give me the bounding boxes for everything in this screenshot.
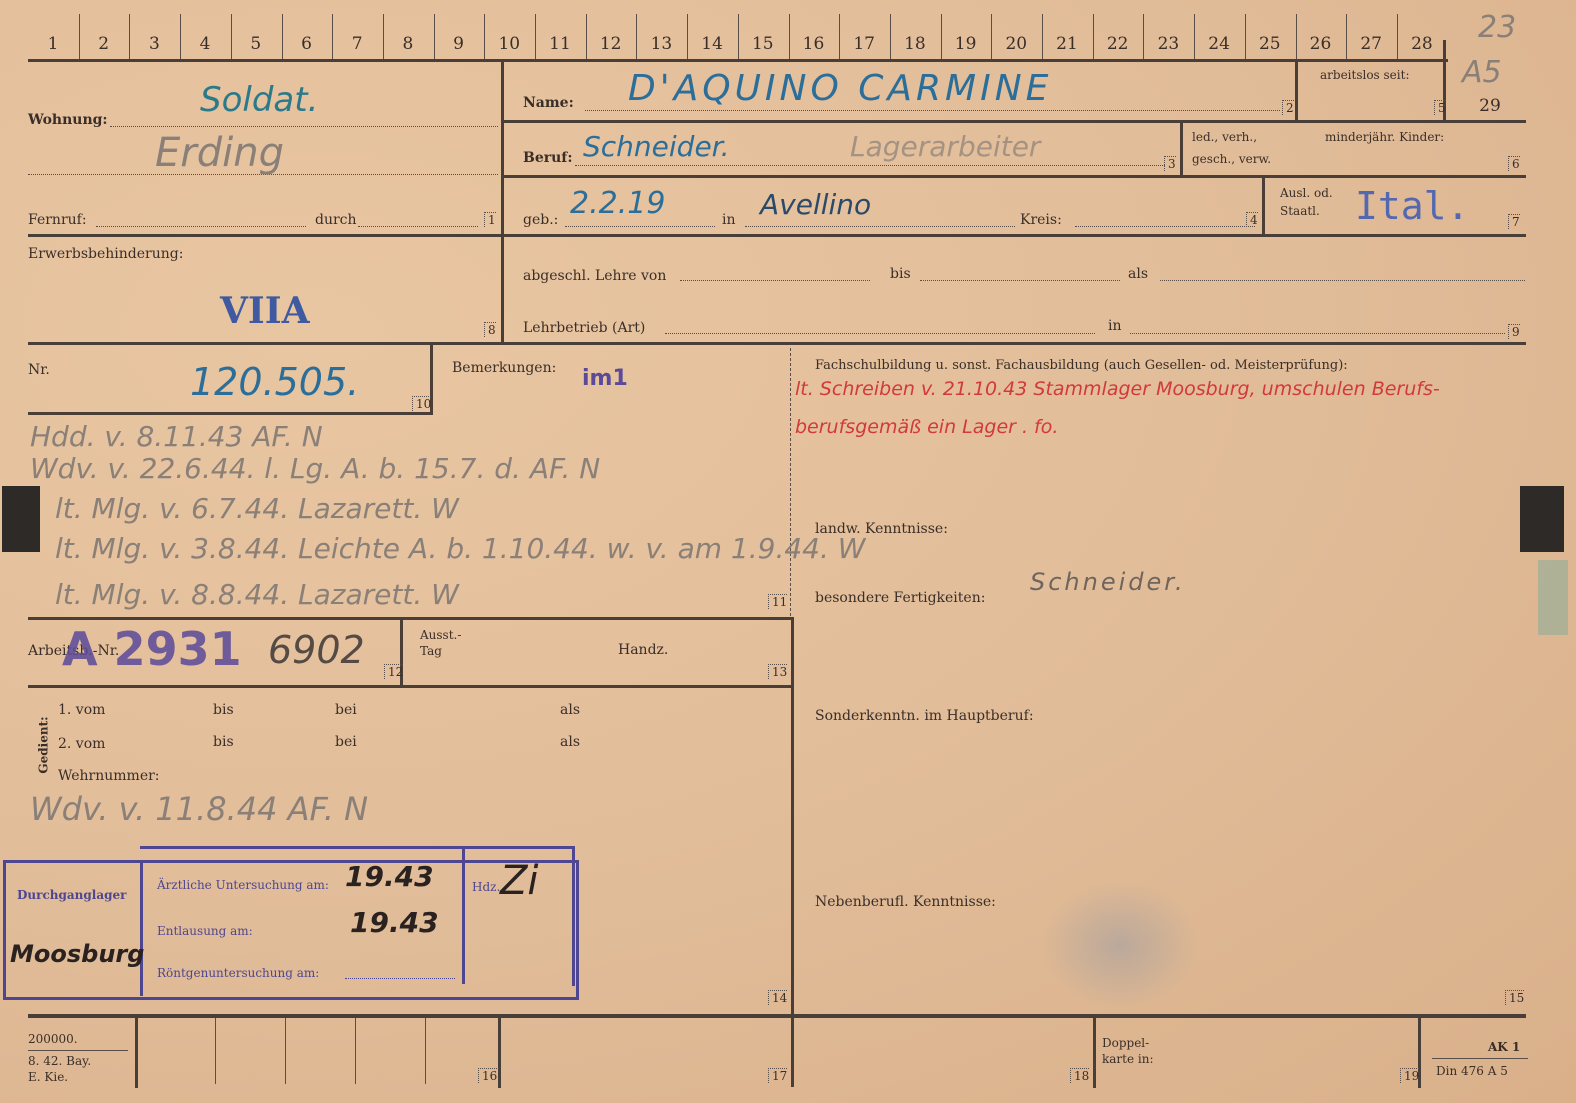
ruler-tick xyxy=(991,14,992,59)
beruf-line xyxy=(575,165,1165,166)
field-number: 4 xyxy=(1246,212,1258,227)
fertigkeiten-label: besondere Fertigkeiten: xyxy=(815,590,985,606)
bottom-tick-4 xyxy=(425,1018,426,1084)
wohnung-line xyxy=(110,126,498,127)
ruler-tick xyxy=(79,14,80,59)
kreis-line xyxy=(1075,226,1255,227)
ruler-number: 5 xyxy=(231,34,281,54)
line-beruf-bottom xyxy=(503,175,1526,178)
punch-mark-left xyxy=(2,486,40,552)
ruler-number: 4 xyxy=(180,34,230,54)
pencil-note-line: Wdv. v. 22.6.44. l. Lg. A. b. 15.7. d. A… xyxy=(30,452,600,485)
stamp-lager-label: Durchganglager xyxy=(17,888,126,902)
lehre-bis-line xyxy=(920,280,1120,281)
pencil-note-line: lt. Mlg. v. 8.8.44. Lazarett. W xyxy=(55,578,459,611)
pencil-note-line: Hdd. v. 8.11.43 AF. N xyxy=(30,420,323,453)
lehre-als-line xyxy=(1160,280,1525,281)
ruler-tick xyxy=(890,14,891,59)
divider-v-arbeitslos xyxy=(1295,62,1298,120)
wohnung-pencil-note: Erding xyxy=(155,130,284,176)
nr-label: Nr. xyxy=(28,362,50,378)
printer-line-1: 200000. xyxy=(28,1032,78,1046)
gedient-row2-bei: bei xyxy=(335,734,357,750)
ruler-tick xyxy=(231,14,232,59)
ruler-tick xyxy=(1093,14,1094,59)
bottom-divider-3 xyxy=(1093,1016,1096,1088)
field-number: 17 xyxy=(768,1068,787,1083)
beruf-value: Schneider. xyxy=(583,130,730,163)
pencil-note-line: lt. Mlg. v. 3.8.44. Leichte A. b. 1.10.4… xyxy=(55,532,865,565)
ruler-number: 2 xyxy=(79,34,129,54)
field-number: 5 xyxy=(1434,100,1446,115)
stamp-untersuchung-label: Ärztliche Untersuchung am: xyxy=(157,878,329,892)
divider-v-dotted-mid xyxy=(790,348,792,616)
stamp-divider-2 xyxy=(462,848,465,984)
ruler-tick xyxy=(789,14,790,59)
fernruf-label: Fernruf: xyxy=(28,212,87,228)
field-number: 8 xyxy=(484,322,496,337)
ruler-number: 18 xyxy=(890,34,940,54)
sonderkenntn-label: Sonderkenntn. im Hauptberuf: xyxy=(815,708,1034,724)
form-code-underline xyxy=(1432,1058,1528,1059)
field-number: 14 xyxy=(768,990,787,1005)
staatl-label-2: Staatl. xyxy=(1280,204,1320,218)
arbeitsb-value: 6902 xyxy=(268,628,365,672)
bottom-divider-1 xyxy=(135,1016,138,1088)
stamp-right-extension xyxy=(572,846,575,986)
line-fernruf-bottom xyxy=(28,234,1526,237)
ruler-tick xyxy=(1296,14,1297,59)
landw-label: landw. Kenntnisse: xyxy=(815,521,948,537)
ausst-label-1: Ausst.- xyxy=(420,628,461,642)
arbeitsb-stamp: A 2931 xyxy=(62,622,242,676)
beruf-pencil-note: Lagerarbeiter xyxy=(850,130,1040,163)
stamp-untersuchung-value: 19.43 xyxy=(345,860,434,893)
gedient-row2-vom: 2. vom xyxy=(58,736,105,752)
ruler-tick xyxy=(1346,14,1347,59)
lehrbetrieb-in-label: in xyxy=(1108,318,1122,334)
ruler-tick xyxy=(687,14,688,59)
field-number: 6 xyxy=(1508,156,1520,171)
ruler-baseline xyxy=(28,59,1448,62)
fachschul-red-note-1: lt. Schreiben v. 21.10.43 Stammlager Moo… xyxy=(795,378,1440,400)
lehre-bis-label: bis xyxy=(890,266,911,282)
wohnung-label: Wohnung: xyxy=(28,112,108,128)
stamp-entlausung-value: 19.43 xyxy=(350,906,439,939)
stamp-roentgen-label: Röntgenuntersuchung am: xyxy=(157,966,319,980)
line-name-bottom xyxy=(503,120,1526,123)
ruler-number: 25 xyxy=(1245,34,1295,54)
field-number: 13 xyxy=(768,664,787,679)
din-code: Din 476 A 5 xyxy=(1436,1064,1508,1078)
ruler-tick xyxy=(129,14,130,59)
wohnung-value: Soldat. xyxy=(200,80,318,120)
wehrnummer-pencil: Wdv. v. 11.8.44 AF. N xyxy=(30,790,368,828)
ruler-number: 6 xyxy=(282,34,332,54)
ruler-number: 24 xyxy=(1194,34,1244,54)
name-line xyxy=(585,110,1280,111)
form-code: AK 1 xyxy=(1488,1040,1520,1054)
fertigkeiten-value: Schneider. xyxy=(1030,568,1186,596)
nebenberufl-label: Nebenberufl. Kenntnisse: xyxy=(815,894,996,910)
field-number: 1 xyxy=(484,212,496,227)
field-number: 9 xyxy=(1508,324,1520,339)
field-number: 16 xyxy=(478,1068,497,1083)
stamp-hdz-label: Hdz. xyxy=(472,880,500,894)
field-number: 7 xyxy=(1508,214,1520,229)
ruler-tick xyxy=(383,14,384,59)
fachschul-red-note-2: berufsgemäß ein Lager . fo. xyxy=(795,416,1058,438)
kreis-label: Kreis: xyxy=(1020,212,1062,228)
handz-label: Handz. xyxy=(618,642,668,658)
index-card: 1234567891011121314151617181920212223242… xyxy=(0,0,1576,1103)
bottom-tick-1 xyxy=(215,1018,216,1084)
geb-ort-line xyxy=(745,226,1015,227)
gedient-row1-als: als xyxy=(560,702,580,718)
ruler-tick xyxy=(1143,14,1144,59)
green-stain xyxy=(1538,560,1568,635)
gedient-row2-bis: bis xyxy=(213,734,234,750)
staatl-stamp: Ital. xyxy=(1355,184,1469,228)
field-number: 3 xyxy=(1164,156,1176,171)
ruler-tick xyxy=(180,14,181,59)
durch-line xyxy=(358,226,478,227)
fachschul-label: Fachschulbildung u. sonst. Fachausbildun… xyxy=(815,358,1348,373)
erwerbsbehinderung-stamp: VIIA xyxy=(220,290,310,332)
ruler-number: 15 xyxy=(738,34,788,54)
ruler-number: 20 xyxy=(991,34,1041,54)
lehrbetrieb-label: Lehrbetrieb (Art) xyxy=(523,320,645,336)
name-value: D'AQUINO CARMINE xyxy=(628,68,1052,109)
nr-value: 120.505. xyxy=(190,360,359,404)
divider-v-famstand xyxy=(1180,120,1183,176)
side-note-top: 23 xyxy=(1478,10,1516,45)
ruler-number: 11 xyxy=(535,34,585,54)
ruler-number: 17 xyxy=(839,34,889,54)
lehrbetrieb-line xyxy=(665,333,1095,334)
stamp-entlausung-label: Entlausung am: xyxy=(157,924,253,938)
ruler-number: 19 xyxy=(941,34,991,54)
stamp-lager-signature: Moosburg xyxy=(10,940,144,968)
divider-v-staatl xyxy=(1262,176,1265,234)
line-arbeitsb-bottom xyxy=(28,685,793,688)
printer-line-2: 8. 42. Bay. xyxy=(28,1054,91,1068)
ruler-tick xyxy=(1397,14,1398,59)
stamp-roentgen-line xyxy=(345,978,455,979)
geb-ort-value: Avellino xyxy=(760,188,871,221)
stamp-divider-1 xyxy=(140,862,143,996)
field-number: 10 xyxy=(412,396,431,411)
geb-label: geb.: xyxy=(523,212,558,228)
field-number: 12 xyxy=(384,664,403,679)
stamp-top-extension xyxy=(140,846,575,849)
ruler-number: 14 xyxy=(687,34,737,54)
lehre-als-label: als xyxy=(1128,266,1148,282)
field-number: 18 xyxy=(1070,1068,1089,1083)
gedient-row2-als: als xyxy=(560,734,580,750)
geb-line xyxy=(565,226,715,227)
printer-underline xyxy=(28,1050,128,1051)
gedient-label: Gedient: xyxy=(37,716,51,773)
ruler-number: 28 xyxy=(1397,34,1447,54)
geb-value: 2.2.19 xyxy=(570,186,665,221)
line-section3-top xyxy=(28,617,793,620)
wehrnummer-label: Wehrnummer: xyxy=(58,768,160,784)
geb-in-label: in xyxy=(722,212,736,228)
ruler-tick xyxy=(1245,14,1246,59)
line-section1-bottom xyxy=(28,342,1526,345)
gedient-row1-bis: bis xyxy=(213,702,234,718)
ruler-number: 23 xyxy=(1143,34,1193,54)
ruler-tick xyxy=(636,14,637,59)
ruler-number: 22 xyxy=(1093,34,1143,54)
gedient-row1-vom: 1. vom xyxy=(58,702,105,718)
durch-label: durch xyxy=(315,212,357,228)
bottom-divider-2 xyxy=(498,1016,501,1088)
side-note-mid: A5 xyxy=(1462,55,1502,90)
arbeitslos-label: arbeitslos seit: xyxy=(1320,68,1410,82)
lehrbetrieb-in-line xyxy=(1130,333,1505,334)
ruler-number: 27 xyxy=(1346,34,1396,54)
ruler-number: 16 xyxy=(789,34,839,54)
bottom-tick-3 xyxy=(355,1018,356,1084)
ruler-tick xyxy=(1194,14,1195,59)
ruler-tick xyxy=(738,14,739,59)
familienstand-line2: gesch., verw. xyxy=(1192,152,1271,166)
ruler-number: 12 xyxy=(586,34,636,54)
field-number: 11 xyxy=(768,594,787,609)
ruler-number: 9 xyxy=(434,34,484,54)
ruler-tick xyxy=(434,14,435,59)
punch-mark-right xyxy=(1520,486,1564,552)
ruler-number: 3 xyxy=(129,34,179,54)
ruler-number: 8 xyxy=(383,34,433,54)
ink-blot xyxy=(1040,880,1200,1010)
ruler-number: 10 xyxy=(484,34,534,54)
field-29-label: 29 xyxy=(1465,96,1515,116)
bottom-tick-2 xyxy=(285,1018,286,1084)
field-number: 2 xyxy=(1282,100,1294,115)
staatl-label-1: Ausl. od. xyxy=(1280,186,1333,200)
gedient-row1-bei: bei xyxy=(335,702,357,718)
fernruf-line xyxy=(96,226,306,227)
doppelkarte-line2: karte in: xyxy=(1102,1052,1154,1066)
line-bottom-strip xyxy=(28,1014,1526,1018)
ruler-number: 7 xyxy=(332,34,382,54)
line-nr-bottom xyxy=(28,412,433,415)
familienstand-line1: led., verh., xyxy=(1192,130,1257,144)
pencil-note-line: lt. Mlg. v. 6.7.44. Lazarett. W xyxy=(55,492,459,525)
kinder-label: minderjähr. Kinder: xyxy=(1325,130,1444,144)
ruler-tick xyxy=(941,14,942,59)
beruf-label: Beruf: xyxy=(523,150,573,166)
lehre-line xyxy=(680,280,870,281)
ruler-number: 26 xyxy=(1296,34,1346,54)
ruler-tick xyxy=(1042,14,1043,59)
lehre-label: abgeschl. Lehre von xyxy=(523,268,666,284)
erwerbsbehinderung-label: Erwerbsbehinderung: xyxy=(28,246,183,262)
printer-line-3: E. Kie. xyxy=(28,1070,68,1084)
ruler-tick xyxy=(535,14,536,59)
ruler-number: 1 xyxy=(28,34,78,54)
ruler-tick xyxy=(332,14,333,59)
ruler-number: 21 xyxy=(1042,34,1092,54)
bemerkungen-stamp: im1 xyxy=(582,366,628,391)
bemerkungen-label: Bemerkungen: xyxy=(452,360,556,376)
ruler-tick xyxy=(839,14,840,59)
stamp-hdz-value: Zi xyxy=(500,858,539,904)
ruler-number: 13 xyxy=(636,34,686,54)
ruler-tick xyxy=(484,14,485,59)
ruler-tick xyxy=(282,14,283,59)
ruler-tick xyxy=(586,14,587,59)
ausst-label-2: Tag xyxy=(420,644,442,658)
divider-v-left xyxy=(501,62,504,344)
field-number: 15 xyxy=(1505,990,1524,1005)
field-number: 19 xyxy=(1400,1068,1419,1083)
name-label: Name: xyxy=(523,95,574,111)
doppelkarte-line1: Doppel- xyxy=(1102,1036,1149,1050)
